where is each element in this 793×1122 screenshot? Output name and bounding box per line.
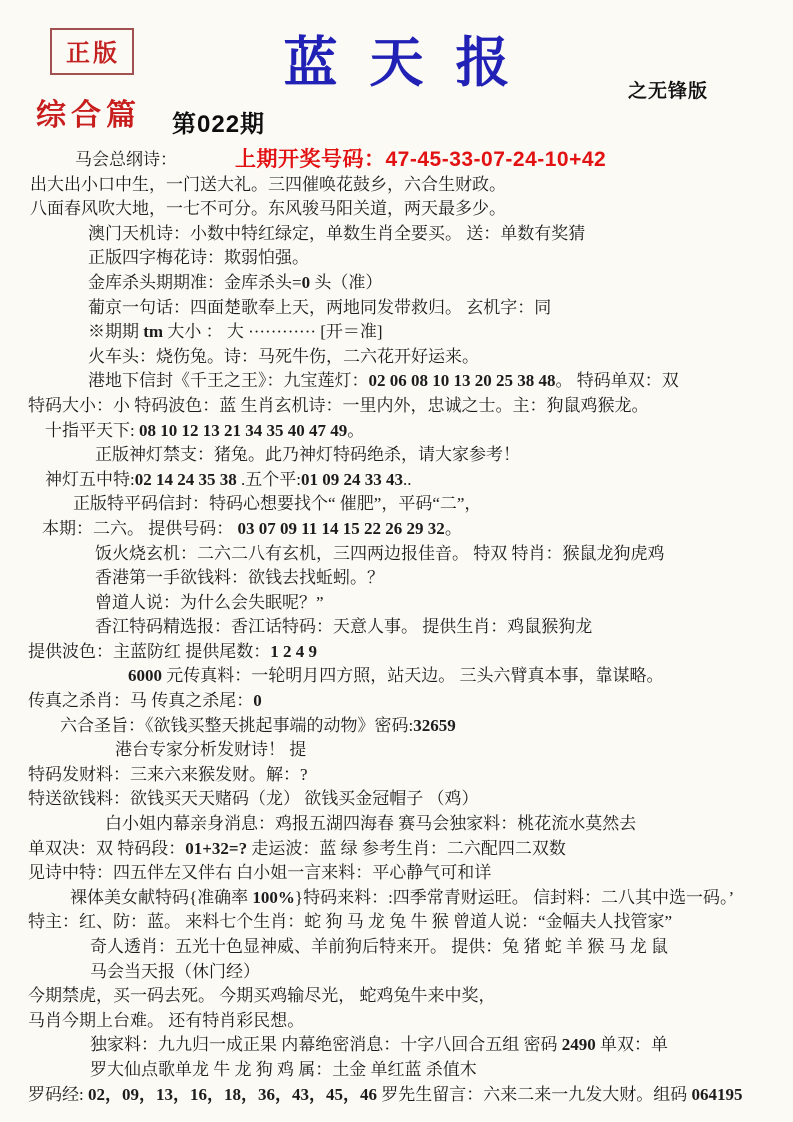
text-segment: 独家料：九九归一成正果 内幕绝密消息：十字八回合五组 密码	[90, 1035, 562, 1054]
text-segment: 6000	[128, 666, 162, 685]
text-segment: 葡京一句话：四面楚歌奉上天，两地同发带救归。 玄机字：同	[88, 298, 551, 317]
text-line: 火车头：烧伤兔。诗：马死牛伤，二六花开好运来。	[0, 345, 793, 370]
text-segment: 。 特码单双：双	[556, 371, 679, 390]
text-segment: 32659	[413, 716, 456, 735]
text-line: 特码大小：小 特码波色：蓝 生肖玄机诗：一里内外，忠诚之士。主：狗鼠鸡猴龙。	[0, 394, 793, 419]
text-segment: 马会当天报（休门经）	[90, 962, 260, 981]
text-segment: 曾道人说：为什么会失眠呢？”	[95, 593, 324, 612]
text-segment: 正版神灯禁支：猪兔。此乃神灯特码绝杀，请大家参考！	[95, 445, 520, 464]
text-segment: 02 06 08 10 13 20 25 38 48	[369, 371, 556, 390]
text-line: 本期：二六。 提供号码： 03 07 09 11 14 15 22 26 29 …	[0, 517, 793, 542]
text-line: 饭火烧玄机：二六二八有玄机，三四两边报佳音。 特双 特肖：猴鼠龙狗虎鸡	[0, 542, 793, 567]
text-segment: 十指平天下:	[45, 421, 139, 440]
text-segment: 头（准）	[310, 273, 382, 292]
text-line: 马会当天报（休门经）	[0, 960, 793, 985]
text-segment: 八面春风吹大地，一七不可分。东风骏马阳关道，两天最多少。	[30, 199, 506, 218]
issue-number: 第022期	[172, 104, 265, 139]
text-line: 六合圣旨：《欲钱买整天挑起事端的动物》密码:32659	[0, 714, 793, 739]
text-segment: 马会总纲诗：	[75, 150, 177, 169]
text-segment: 神灯五中特:	[45, 470, 135, 489]
text-segment: 澳门天机诗：小数中特红绿定，单数生肖全要买。 送：单数有奖猜	[88, 224, 585, 243]
text-segment: 单双决：双 特码段：	[28, 839, 185, 858]
text-segment: 港地下信封《千王之王》：九宝莲灯：	[88, 371, 369, 390]
text-segment: 见诗中特：四五伴左又伴右 白小姐一言来料：平心静气可和详	[28, 863, 491, 882]
text-segment: 0	[302, 273, 311, 292]
text-line: 金库杀头期期准：金库杀头=0 头（准）	[0, 271, 793, 296]
text-segment: 02，09，13，16，18，36，43，45，46	[88, 1085, 377, 1104]
text-line: 正版神灯禁支：猪兔。此乃神灯特码绝杀，请大家参考！	[0, 443, 793, 468]
text-line: 马肖今期上台难。 还有特肖彩民想。	[0, 1009, 793, 1034]
text-segment: 064195	[691, 1085, 742, 1104]
text-segment: 03 07 09 11 14 15 22 26 29 32	[238, 519, 445, 538]
document-body: 马会总纲诗：上期开奖号码：47-45-33-07-24-10+42出大出小口中生…	[0, 148, 793, 1107]
text-segment: 港台专家分析发财诗！ 提	[115, 740, 306, 759]
text-segment: 特码发财料：三来六来猴发财。解：?	[28, 765, 308, 784]
text-segment: 六合圣旨：《欲钱买整天挑起事端的动物》密码:	[60, 716, 413, 735]
text-segment: 罗码经:	[28, 1085, 88, 1104]
text-line: 十指平天下: 08 10 12 13 21 34 35 40 47 49。	[0, 419, 793, 444]
newspaper-page: 正版 蓝天报 之无锋版 综合篇 第022期 马会总纲诗：上期开奖号码：47-45…	[0, 0, 793, 1122]
text-line: 港地下信封《千王之王》：九宝莲灯：02 06 08 10 13 20 25 38…	[0, 369, 793, 394]
text-line: 特主：红、防：蓝。 来料七个生肖：蛇 狗 马 龙 兔 牛 猴 曾道人说：“金幅夫…	[0, 910, 793, 935]
text-segment: 裸体美女献特码{准确率	[70, 888, 252, 907]
text-line: 传真之杀肖：马 传真之杀尾：0	[0, 689, 793, 714]
section-title: 综合篇	[36, 90, 141, 134]
text-segment: 正版四字梅花诗：欺弱怕强。	[88, 248, 309, 267]
text-segment: 01+32=?	[185, 839, 247, 858]
text-segment: 罗先生留言：六来二来一九发大财。组码	[377, 1085, 692, 1104]
text-segment: 罗大仙点歌单龙 牛 龙 狗 鸡 属：土金 单红蓝 杀值木	[90, 1060, 477, 1079]
text-segment: 1 2 4 9	[270, 642, 317, 661]
text-line: 港台专家分析发财诗！ 提	[0, 738, 793, 763]
text-segment: 今期禁虎，买一码去死。 今期买鸡输尽光， 蛇鸡兔牛来中奖，	[28, 986, 496, 1005]
text-segment: 0	[253, 691, 262, 710]
text-line: 罗码经: 02，09，13，16，18，36，43，45，46 罗先生留言：六来…	[0, 1083, 793, 1108]
text-line: 裸体美女献特码{准确率 100%}特码来料：:四季常青财运旺。 信封料：二八其中…	[0, 886, 793, 911]
text-line: 香港第一手欲钱料：欲钱去找蚯蚓。？	[0, 566, 793, 591]
text-segment: 100%	[252, 888, 295, 907]
text-segment: ※期期	[88, 322, 143, 341]
edition-label: 之无锋版	[628, 76, 708, 103]
text-line: 正版四字梅花诗：欺弱怕强。	[0, 246, 793, 271]
text-line: 6000 元传真料：一轮明月四方照，站天边。 三头六臂真本事，靠谋略。	[0, 664, 793, 689]
text-segment: 特码大小：小 特码波色：蓝 生肖玄机诗：一里内外，忠诚之士。主：狗鼠鸡猴龙。	[28, 396, 649, 415]
text-line: 香江特码精选报：香江话特码：天意人事。 提供生肖：鸡鼠猴狗龙	[0, 615, 793, 640]
text-segment: 香港第一手欲钱料：欲钱去找蚯蚓。？	[95, 568, 384, 587]
text-line: ※期期 tm 大小 ： 大 ············ [开＝准]	[0, 320, 793, 345]
text-segment: 。	[445, 519, 462, 538]
text-line: 白小姐内幕亲身消息：鸡报五湖四海春 赛马会独家料：桃花流水莫然去	[0, 812, 793, 837]
text-segment: 正版特平码信封：特码心想要找个“ 催肥”，平码“二”，	[73, 494, 481, 513]
text-segment: 走运波：蓝 绿 参考生肖：二六配四二双数	[247, 839, 566, 858]
text-segment: 白小姐内幕亲身消息：鸡报五湖四海春 赛马会独家料：桃花流水莫然去	[105, 814, 636, 833]
text-segment: 马肖今期上台难。 还有特肖彩民想。	[28, 1011, 304, 1030]
text-line: 奇人透肖：五光十色显神威、羊前狗后特来开。 提供：兔 猪 蛇 羊 猴 马 龙 鼠	[0, 935, 793, 960]
text-segment: tm	[143, 322, 163, 341]
text-segment: 元传真料：一轮明月四方照，站天边。 三头六臂真本事，靠谋略。	[162, 666, 664, 685]
text-segment: 特送欲钱料：欲钱买天天赌码（龙） 欲钱买金冠帽子 （鸡）	[28, 789, 479, 808]
text-segment: 奇人透肖：五光十色显神威、羊前狗后特来开。 提供：兔 猪 蛇 羊 猴 马 龙 鼠	[90, 937, 668, 956]
text-line: 特码发财料：三来六来猴发财。解：?	[0, 763, 793, 788]
text-segment: 大小 ： 大 ············ [开＝准]	[163, 322, 383, 341]
text-segment: 08 10 12 13 21 34 35 40 47 49	[139, 421, 347, 440]
text-line: 出大出小口中生，一门送大礼。三四催唤花鼓乡，六合生财政。	[0, 173, 793, 198]
page-header: 正版 蓝天报 之无锋版 综合篇 第022期	[0, 0, 793, 148]
text-line: 八面春风吹大地，一七不可分。东风骏马阳关道，两天最多少。	[0, 197, 793, 222]
text-segment: 上期开奖号码：47-45-33-07-24-10+42	[235, 148, 606, 171]
text-line: 神灯五中特:02 14 24 35 38 .五个平:01 09 24 33 43…	[0, 468, 793, 493]
text-segment: 饭火烧玄机：二六二八有玄机，三四两边报佳音。 特双 特肖：猴鼠龙狗虎鸡	[95, 544, 665, 563]
text-segment: 提供波色：主蓝防红 提供尾数：	[28, 642, 270, 661]
text-segment: 01 09 24 33 43	[301, 470, 403, 489]
text-segment: 传真之杀肖：马 传真之杀尾：	[28, 691, 253, 710]
text-segment: 。	[347, 421, 364, 440]
text-line: 单双决：双 特码段：01+32=? 走运波：蓝 绿 参考生肖：二六配四二双数	[0, 837, 793, 862]
text-line: 独家料：九九归一成正果 内幕绝密消息：十字八回合五组 密码 2490 单双：单	[0, 1033, 793, 1058]
text-line: 罗大仙点歌单龙 牛 龙 狗 鸡 属：土金 单红蓝 杀值木	[0, 1058, 793, 1083]
text-segment: 2490	[562, 1035, 596, 1054]
text-segment: 出大出小口中生，一门送大礼。三四催唤花鼓乡，六合生财政。	[30, 175, 506, 194]
text-line: 特送欲钱料：欲钱买天天赌码（龙） 欲钱买金冠帽子 （鸡）	[0, 787, 793, 812]
text-segment: 香江特码精选报：香江话特码：天意人事。 提供生肖：鸡鼠猴狗龙	[95, 617, 592, 636]
text-line: 曾道人说：为什么会失眠呢？”	[0, 591, 793, 616]
text-segment: 特主：红、防：蓝。 来料七个生肖：蛇 狗 马 龙 兔 牛 猴 曾道人说：“金幅夫…	[28, 912, 672, 931]
text-line: 见诗中特：四五伴左又伴右 白小姐一言来料：平心静气可和详	[0, 861, 793, 886]
text-line: 今期禁虎，买一码去死。 今期买鸡输尽光， 蛇鸡兔牛来中奖，	[0, 984, 793, 1009]
text-segment: 02 14 24 35 38	[135, 470, 237, 489]
text-line: 葡京一句话：四面楚歌奉上天，两地同发带救归。 玄机字：同	[0, 296, 793, 321]
text-segment: 本期：二六。 提供号码：	[42, 519, 238, 538]
text-segment: 火车头：烧伤兔。诗：马死牛伤，二六花开好运来。	[88, 347, 479, 366]
text-segment: 金库杀头期期准：金库杀头=	[88, 273, 302, 292]
text-segment: 单双：单	[596, 1035, 668, 1054]
text-line: 正版特平码信封：特码心想要找个“ 催肥”，平码“二”，	[0, 492, 793, 517]
text-segment: .五个平:	[237, 470, 301, 489]
text-segment: ..	[403, 470, 412, 489]
text-line: 提供波色：主蓝防红 提供尾数：1 2 4 9	[0, 640, 793, 665]
text-segment: }特码来料：:四季常青财运旺。 信封料：二八其中选一码。’	[295, 888, 734, 907]
text-line: 马会总纲诗：上期开奖号码：47-45-33-07-24-10+42	[0, 148, 793, 173]
text-line: 澳门天机诗：小数中特红绿定，单数生肖全要买。 送：单数有奖猜	[0, 222, 793, 247]
